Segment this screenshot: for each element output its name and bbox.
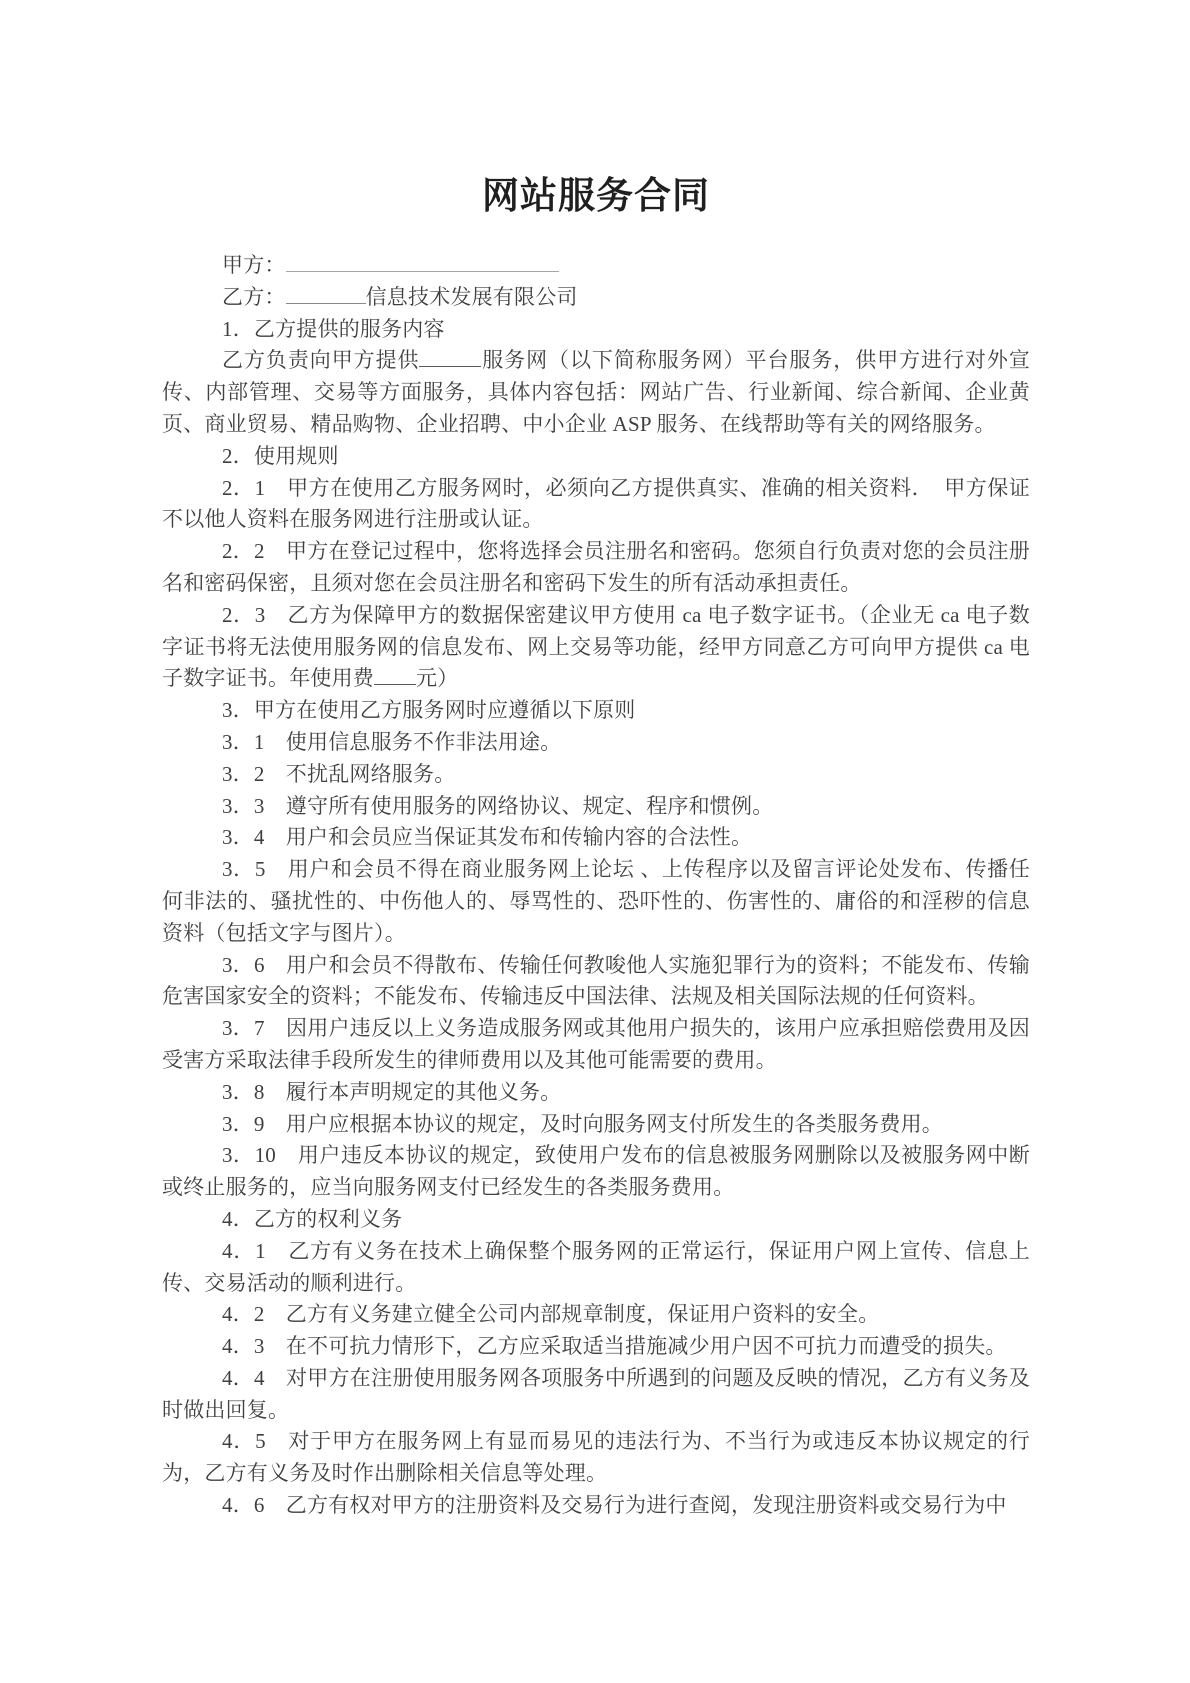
party-b-blank	[286, 284, 366, 304]
clause-2-heading: 2．使用规则	[162, 441, 1030, 473]
party-b-line: 乙方：信息技术发展有限公司	[162, 282, 1030, 314]
service-name-blank	[419, 348, 481, 368]
party-a-label: 甲方：	[222, 253, 286, 277]
clause-3-heading: 3．甲方在使用乙方服务网时应遵循以下原则	[162, 695, 1030, 727]
clause-1-heading: 1．乙方提供的服务内容	[162, 314, 1030, 346]
clause-3-1: 3．1 使用信息服务不作非法用途。	[162, 727, 1030, 759]
clause-3-9: 3．9 用户应根据本协议的规定，及时向服务网支付所发生的各类服务费用。	[162, 1109, 1030, 1141]
clause-3-8: 3．8 履行本声明规定的其他义务。	[162, 1077, 1030, 1109]
clause-3-6: 3．6 用户和会员不得散布、传输任何教唆他人实施犯罪行为的资料；不能发布、传输危…	[162, 950, 1030, 1014]
party-a-blank	[286, 252, 559, 272]
party-b-company: 信息技术发展有限公司	[366, 285, 578, 309]
clause-4-heading: 4．乙方的权利义务	[162, 1204, 1030, 1236]
clause-service-content-pre: 乙方负责向甲方提供	[222, 348, 419, 372]
clause-2-3-pre: 2．3 乙方为保障甲方的数据保密建议甲方使用 ca 电子数字证书。（企业无 ca…	[162, 603, 1030, 691]
clause-4-4: 4．4 对甲方在注册使用服务网各项服务中所遇到的问题及反映的情况，乙方有义务及时…	[162, 1363, 1030, 1427]
clause-3-4: 3．4 用户和会员应当保证其发布和传输内容的合法性。	[162, 822, 1030, 854]
clause-4-6: 4．6 乙方有权对甲方的注册资料及交易行为进行查阅，发现注册资料或交易行为中	[162, 1490, 1030, 1522]
party-a-line: 甲方：	[162, 250, 1030, 282]
contract-body: 甲方： 乙方：信息技术发展有限公司 1．乙方提供的服务内容 乙方负责向甲方提供服…	[162, 250, 1030, 1522]
clause-2-3: 2．3 乙方为保障甲方的数据保密建议甲方使用 ca 电子数字证书。（企业无 ca…	[162, 600, 1030, 695]
annual-fee-blank	[374, 665, 416, 685]
clause-2-3-post: 元）	[416, 666, 458, 690]
clause-3-3: 3．3 遵守所有使用服务的网络协议、规定、程序和惯例。	[162, 791, 1030, 823]
party-b-label: 乙方：	[222, 285, 286, 309]
clause-2-2: 2．2 甲方在登记过程中，您将选择会员注册名和密码。您须自行负责对您的会员注册名…	[162, 536, 1030, 600]
clause-3-5: 3．5 用户和会员不得在商业服务网上论坛 、上传程序以及留言评论处发布、传播任何…	[162, 854, 1030, 949]
doc-title: 网站服务合同	[162, 170, 1030, 222]
clause-4-1: 4．1 乙方有义务在技术上确保整个服务网的正常运行，保证用户网上宣传、信息上传、…	[162, 1236, 1030, 1300]
contract-page: 网站服务合同 甲方： 乙方：信息技术发展有限公司 1．乙方提供的服务内容 乙方负…	[0, 0, 1190, 1683]
clause-4-3: 4．3 在不可抗力情形下，乙方应采取适当措施减少用户因不可抗力而遭受的损失。	[162, 1331, 1030, 1363]
clause-4-2: 4．2 乙方有义务建立健全公司内部规章制度，保证用户资料的安全。	[162, 1299, 1030, 1331]
clause-3-7: 3．7 因用户违反以上义务造成服务网或其他用户损失的，该用户应承担赔偿费用及因受…	[162, 1013, 1030, 1077]
clause-service-content: 乙方负责向甲方提供服务网（以下简称服务网）平台服务，供甲方进行对外宣传、内部管理…	[162, 345, 1030, 440]
clause-4-5: 4．5 对于甲方在服务网上有显而易见的违法行为、不当行为或违反本协议规定的行为，…	[162, 1426, 1030, 1490]
clause-3-2: 3．2 不扰乱网络服务。	[162, 759, 1030, 791]
clause-2-1: 2．1 甲方在使用乙方服务网时，必须向乙方提供真实、准确的相关资料． 甲方保证不…	[162, 473, 1030, 537]
clause-3-10: 3．10 用户违反本协议的规定，致使用户发布的信息被服务网删除以及被服务网中断或…	[162, 1140, 1030, 1204]
